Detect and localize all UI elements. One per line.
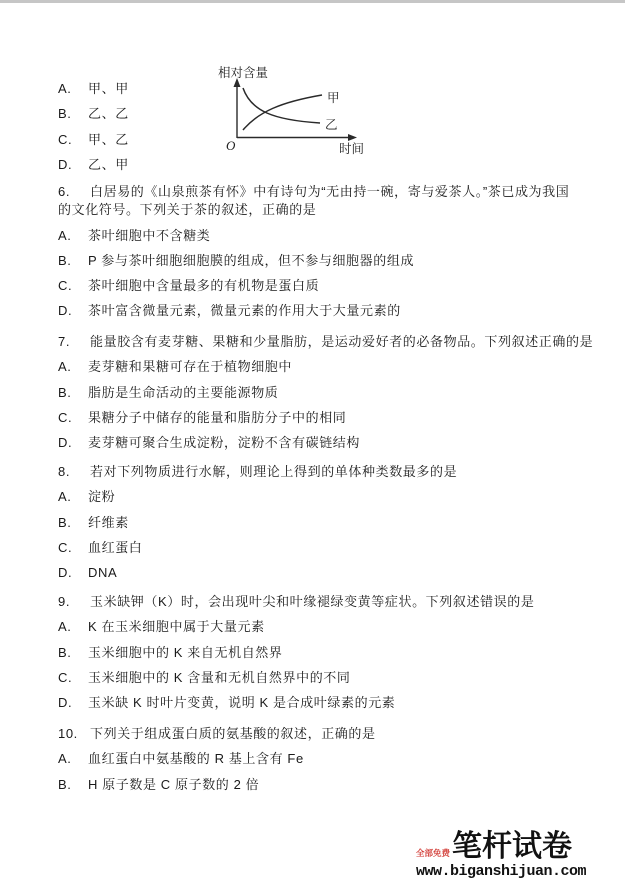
option-label: B. [58, 772, 88, 797]
option-text: 脂肪是生命活动的主要能源物质 [88, 385, 278, 400]
option-line: C.甲、乙 [58, 127, 129, 152]
option-line: B.P 参与茶叶细胞细胞膜的组成，但不参与细胞器的组成 [58, 248, 569, 273]
option-line: D.乙、甲 [58, 152, 129, 177]
option-line: A.血红蛋白中氨基酸的 R 基上含有 Fe [58, 746, 376, 771]
option-label: D. [58, 560, 88, 585]
question-9: 9.玉米缺钾（K）时，会出现叶尖和叶缘褪绿变黄等症状。下列叙述错误的是A.K 在… [58, 589, 534, 715]
option-line: B.乙、乙 [58, 101, 129, 126]
curve-jia [243, 95, 322, 130]
curve-jia-label: 甲 [327, 91, 340, 105]
option-line: D.DNA [58, 560, 457, 585]
option-line: C.血红蛋白 [58, 535, 457, 560]
option-line: D.麦芽糖可聚合生成淀粉，淀粉不含有碳链结构 [58, 430, 593, 455]
chart-x-axis-label: 时间 [339, 141, 364, 156]
relative-content-time-chart: 相对含量 甲 乙 O 时间 [203, 58, 378, 171]
question-stem-line: 8.若对下列物质进行水解，则理论上得到的单体种类数最多的是 [58, 459, 457, 484]
chart-y-axis-label: 相对含量 [218, 65, 268, 80]
chart-figure: 相对含量 甲 乙 O 时间 [203, 58, 378, 166]
question5-options-block: A.甲、甲B.乙、乙C.甲、乙D.乙、甲 [58, 76, 129, 177]
option-label: A. [58, 746, 88, 771]
question-7: 7.能量胶含有麦芽糖、果糖和少量脂肪，是运动爱好者的必备物品。下列叙述正确的是A… [58, 329, 593, 455]
question-stem-text: 能量胶含有麦芽糖、果糖和少量脂肪，是运动爱好者的必备物品。下列叙述正确的是 [90, 334, 593, 349]
option-line: C.果糖分子中储存的能量和脂肪分子中的相同 [58, 405, 593, 430]
option-label: B. [58, 380, 88, 405]
option-text: 茶叶细胞中含量最多的有机物是蛋白质 [88, 278, 319, 293]
question-stem-text: 的文化符号。下列关于茶的叙述，正确的是 [58, 202, 316, 217]
option-label: C. [58, 273, 88, 298]
option-label: D. [58, 152, 88, 177]
option-line: A.麦芽糖和果糖可存在于植物细胞中 [58, 354, 593, 379]
option-label: D. [58, 298, 88, 323]
option-text: H 原子数是 C 原子数的 2 倍 [88, 777, 259, 792]
free-badge: 全部免费 [416, 847, 450, 859]
option-line: A.茶叶细胞中不含糖类 [58, 223, 569, 248]
x-axis-arrow-icon [348, 134, 357, 141]
question-stem-line: 9.玉米缺钾（K）时，会出现叶尖和叶缘褪绿变黄等症状。下列叙述错误的是 [58, 589, 534, 614]
option-label: C. [58, 665, 88, 690]
page-top-border [0, 0, 625, 3]
option-line: B.玉米细胞中的 K 来自无机自然界 [58, 640, 534, 665]
exam-paper-page: A.甲、甲B.乙、乙C.甲、乙D.乙、甲 相对含量 甲 乙 O 时间 6.白居易… [0, 0, 625, 888]
option-label: A. [58, 76, 88, 101]
question-stem-line: 10.下列关于组成蛋白质的氨基酸的叙述，正确的是 [58, 721, 376, 746]
option-line: D.茶叶富含微量元素，微量元素的作用大于大量元素的 [58, 298, 569, 323]
option-label: B. [58, 640, 88, 665]
option-line: B.纤维素 [58, 510, 457, 535]
question-stem-text: 若对下列物质进行水解，则理论上得到的单体种类数最多的是 [90, 464, 457, 479]
option-label: A. [58, 484, 88, 509]
question-6: 6.白居易的《山泉煎茶有怀》中有诗句为“无由持一碗，寄与爱茶人。”茶已成为我国的… [58, 179, 569, 324]
option-label: A. [58, 223, 88, 248]
option-text: 乙、乙 [88, 106, 129, 121]
brand-name: 笔杆试卷 [452, 831, 572, 863]
brand-row: 全部免费 笔杆试卷 [416, 831, 596, 863]
option-label: B. [58, 510, 88, 535]
option-label: C. [58, 405, 88, 430]
option-text: 果糖分子中储存的能量和脂肪分子中的相同 [88, 410, 346, 425]
option-text: 血红蛋白 [88, 540, 142, 555]
option-label: C. [58, 127, 88, 152]
option-line: A.K 在玉米细胞中属于大量元素 [58, 614, 534, 639]
option-line: A.淀粉 [58, 484, 457, 509]
option-text: K 在玉米细胞中属于大量元素 [88, 619, 265, 634]
option-line: D.玉米缺 K 时叶片变黄，说明 K 是合成叶绿素的元素 [58, 690, 534, 715]
option-text: 甲、甲 [88, 81, 129, 96]
question-8: 8.若对下列物质进行水解，则理论上得到的单体种类数最多的是A.淀粉B.纤维素C.… [58, 459, 457, 585]
option-line: C.茶叶细胞中含量最多的有机物是蛋白质 [58, 273, 569, 298]
option-text: DNA [88, 565, 117, 580]
option-line: B.脂肪是生命活动的主要能源物质 [58, 380, 593, 405]
option-text: 血红蛋白中氨基酸的 R 基上含有 Fe [88, 751, 304, 766]
option-label: D. [58, 690, 88, 715]
question-number: 8. [58, 459, 90, 484]
option-label: B. [58, 101, 88, 126]
option-text: 麦芽糖和果糖可存在于植物细胞中 [88, 359, 292, 374]
option-text: 纤维素 [88, 515, 129, 530]
option-text: P 参与茶叶细胞细胞膜的组成，但不参与细胞器的组成 [88, 253, 414, 268]
biganshijuan-watermark: 全部免费 笔杆试卷 www.biganshijuan.com [416, 831, 596, 880]
option-text: 甲、乙 [88, 132, 129, 147]
option-text: 茶叶细胞中不含糖类 [88, 228, 210, 243]
option-text: 乙、甲 [88, 157, 129, 172]
option-label: B. [58, 248, 88, 273]
chart-origin-label: O [226, 138, 236, 153]
question-number: 10. [58, 721, 90, 746]
option-label: A. [58, 354, 88, 379]
option-text: 淀粉 [88, 489, 115, 504]
question-stem-text: 玉米缺钾（K）时，会出现叶尖和叶缘褪绿变黄等症状。下列叙述错误的是 [90, 594, 534, 609]
option-line: B.H 原子数是 C 原子数的 2 倍 [58, 772, 376, 797]
option-label: C. [58, 535, 88, 560]
option-line: C.玉米细胞中的 K 含量和无机自然界中的不同 [58, 665, 534, 690]
question-number: 7. [58, 329, 90, 354]
option-text: 玉米细胞中的 K 来自无机自然界 [88, 645, 283, 660]
option-label: A. [58, 614, 88, 639]
option-text: 麦芽糖可聚合生成淀粉，淀粉不含有碳链结构 [88, 435, 360, 450]
option-text: 茶叶富含微量元素，微量元素的作用大于大量元素的 [88, 303, 401, 318]
question-number: 9. [58, 589, 90, 614]
brand-url: www.biganshijuan.com [416, 863, 596, 880]
option-text: 玉米细胞中的 K 含量和无机自然界中的不同 [88, 670, 351, 685]
question-10: 10.下列关于组成蛋白质的氨基酸的叙述，正确的是A.血红蛋白中氨基酸的 R 基上… [58, 721, 376, 797]
option-label: D. [58, 430, 88, 455]
option-text: 玉米缺 K 时叶片变黄，说明 K 是合成叶绿素的元素 [88, 695, 395, 710]
question-stem-line: 7.能量胶含有麦芽糖、果糖和少量脂肪，是运动爱好者的必备物品。下列叙述正确的是 [58, 329, 593, 354]
question-stem-text: 下列关于组成蛋白质的氨基酸的叙述，正确的是 [90, 726, 376, 741]
option-line: A.甲、甲 [58, 76, 129, 101]
curve-yi-label: 乙 [325, 118, 338, 132]
